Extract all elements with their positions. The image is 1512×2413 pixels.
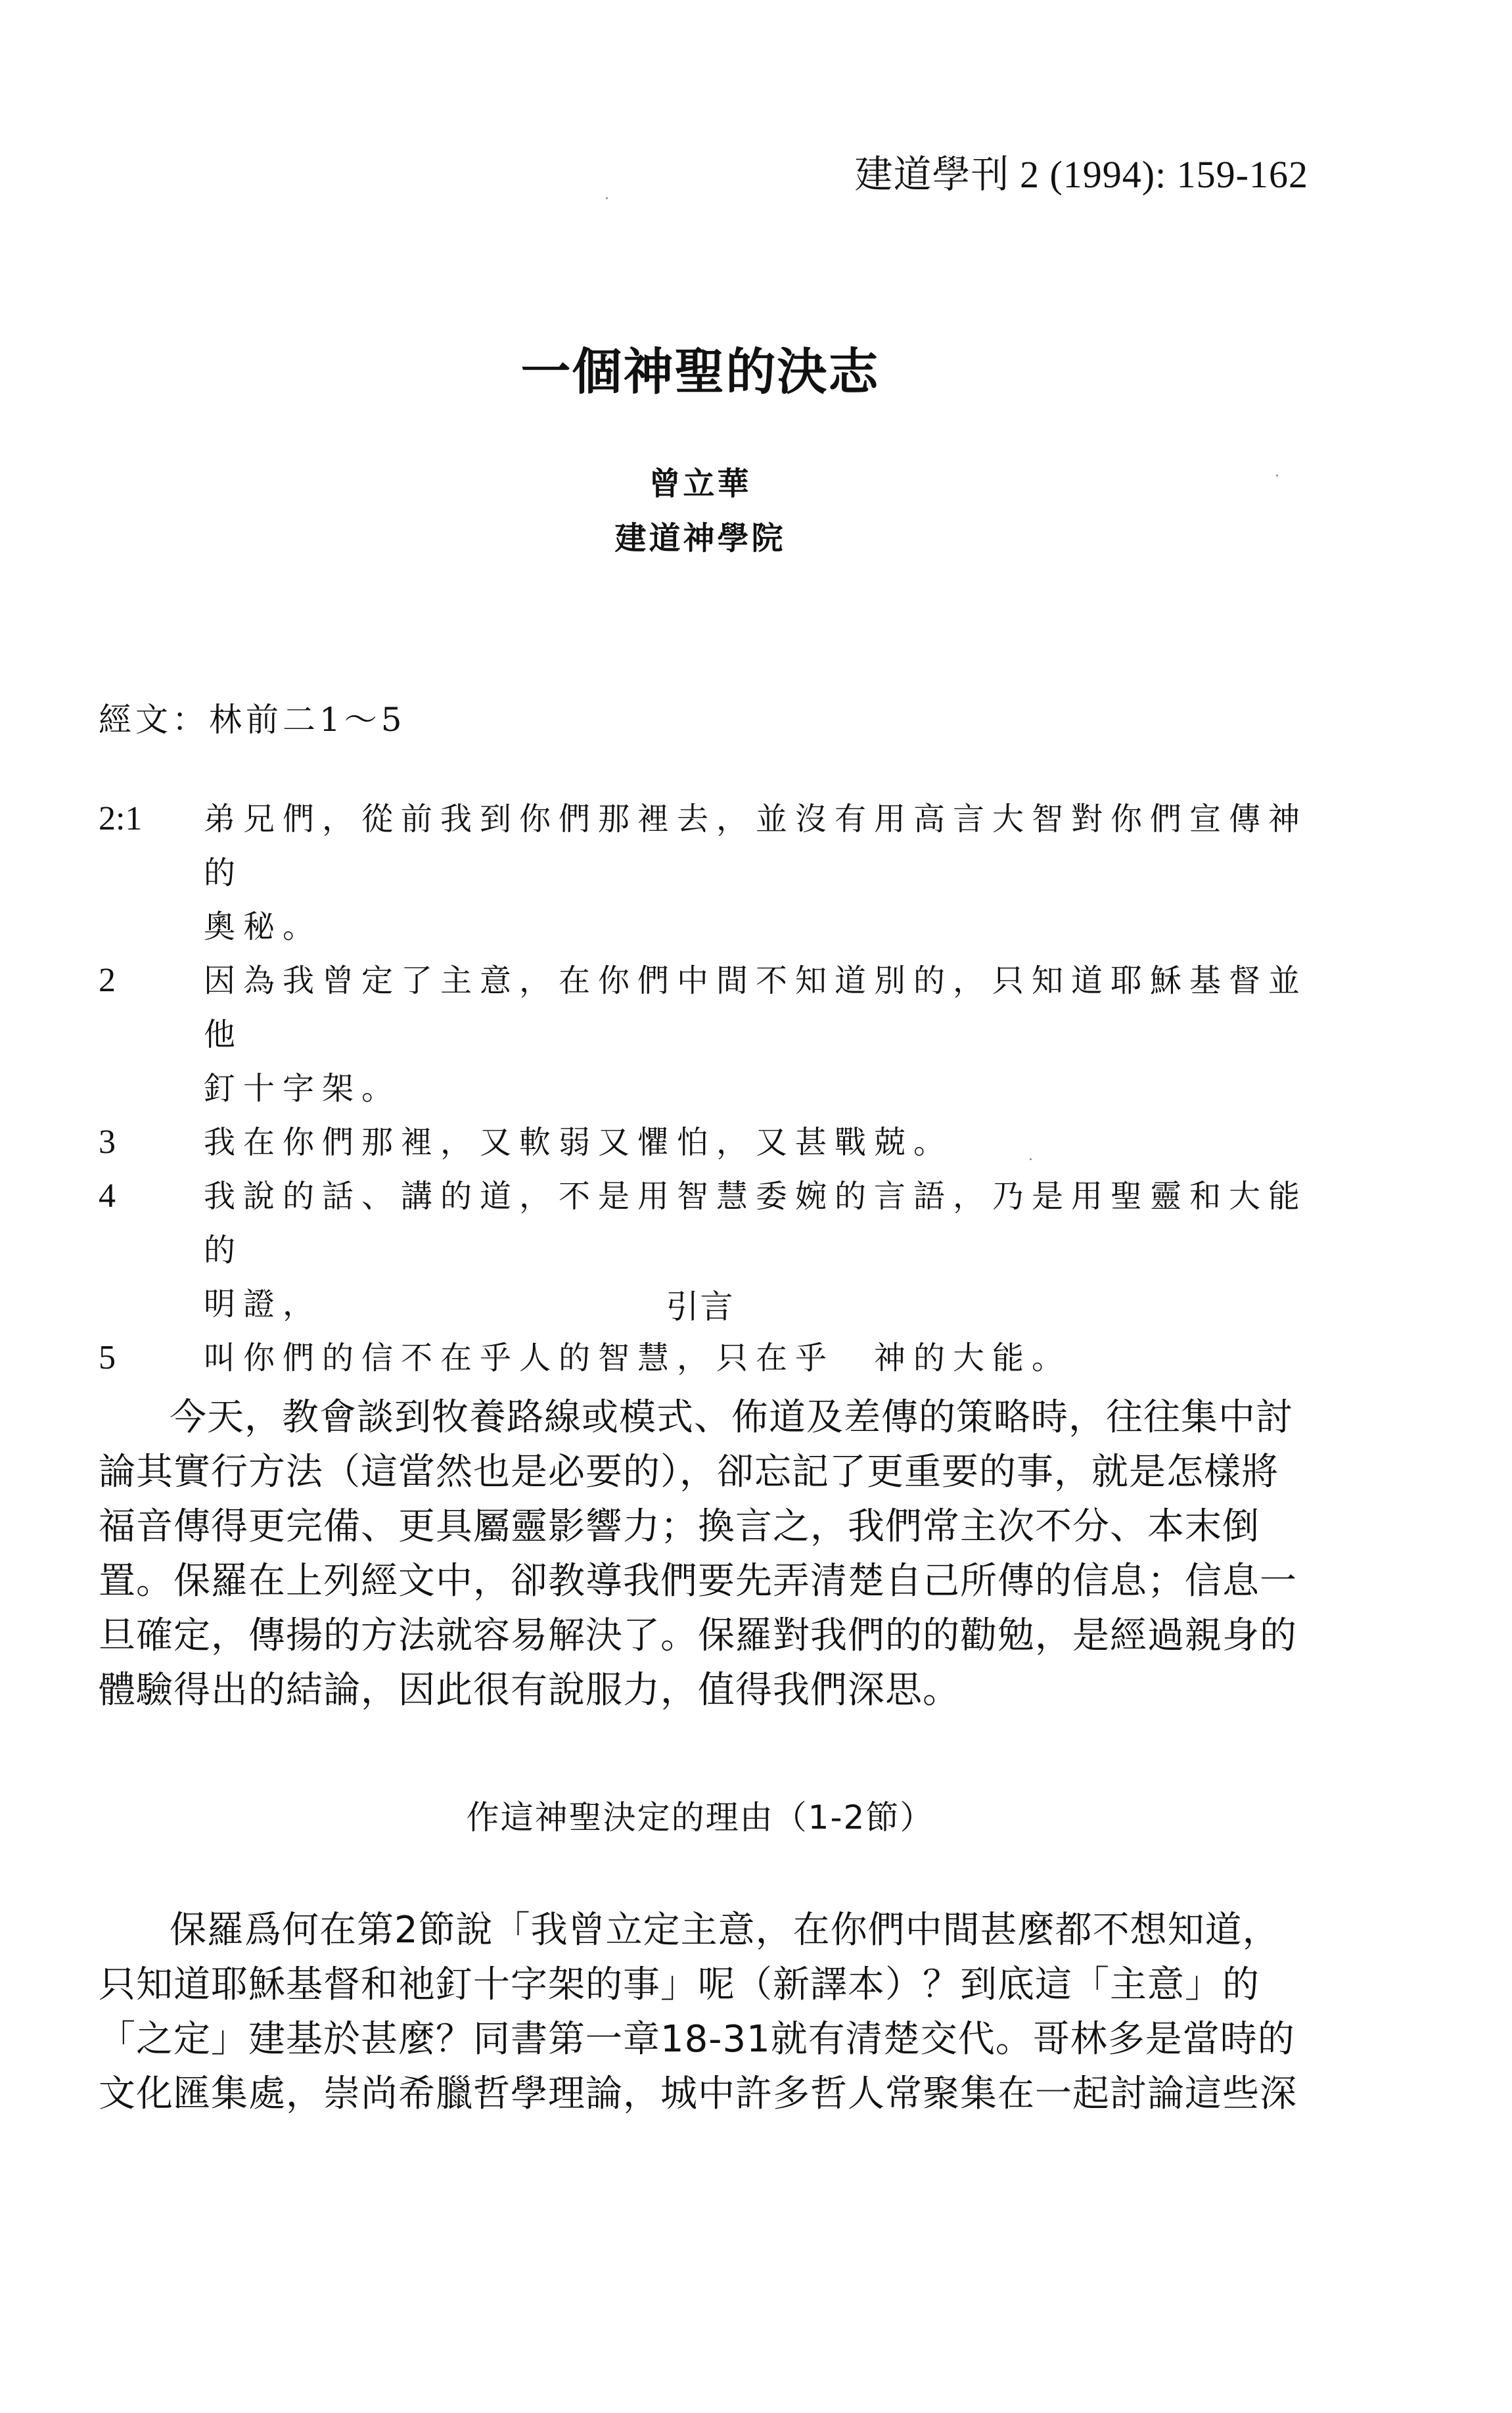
verse-text: 因為我曾定了主意，在你們中間不知道別的，只知道耶穌基督並他 釘十字架。: [204, 954, 1321, 1115]
paragraph-line: 保羅爲何在第2節說「我曾立定主意，在你們中間甚麼都不想知道，: [99, 1903, 1327, 1957]
section-heading-reason: 作這神聖決定的理由（1-2節）: [0, 1791, 1512, 1839]
scan-speck: [1030, 1158, 1032, 1160]
verse-line: 叫你們的信不在乎人的智慧，只在乎 神的大能。: [204, 1331, 1321, 1385]
verse-line: 我在你們那裡，又軟弱又懼怕，又甚戰兢。: [204, 1115, 1321, 1169]
scan-speck: [1276, 475, 1278, 477]
verse-line: 弟兄們，從前我到你們那裡去，並沒有用高言大智對你們宣傳神的: [204, 792, 1321, 900]
paragraph-line: 置。保羅在上列經文中，卻教導我們要先弄清楚自己所傳的信息；信息一: [99, 1554, 1327, 1608]
verse-number: 2: [99, 954, 204, 1115]
paragraph-line: 文化匯集處，崇尚希臘哲學理論，城中許多哲人常聚集在一起討論這些深: [99, 2067, 1327, 2121]
introduction-paragraph: 今天，教會談到牧養路線或模式、佈道及差傳的策略時，往往集中討 論其實行方法（這當…: [99, 1390, 1327, 1718]
verse-text: 我在你們那裡，又軟弱又懼怕，又甚戰兢。: [204, 1115, 1321, 1169]
author-name: 曾立華: [0, 458, 1512, 504]
reason-paragraph: 保羅爲何在第2節說「我曾立定主意，在你們中間甚麼都不想知道， 只知道耶穌基督和祂…: [99, 1903, 1327, 2121]
paragraph-line: 旦確定，傳揚的方法就容易解決了。保羅對我們的的勸勉，是經過親身的: [99, 1608, 1327, 1663]
author-affiliation: 建道神學院: [0, 513, 1512, 558]
verse-number: 3: [99, 1115, 204, 1169]
verse-line: 釘十字架。: [204, 1062, 1321, 1115]
verse-item: 2 因為我曾定了主意，在你們中間不知道別的，只知道耶穌基督並他 釘十字架。: [99, 954, 1321, 1115]
article-title: 一個神聖的決志: [0, 332, 1512, 404]
verse-item: 2:1 弟兄們，從前我到你們那裡去，並沒有用高言大智對你們宣傳神的 奧秘。: [99, 792, 1321, 954]
verse-text: 弟兄們，從前我到你們那裡去，並沒有用高言大智對你們宣傳神的 奧秘。: [204, 792, 1321, 954]
paragraph-line: 福音傳得更完備、更具屬靈影響力；換言之，我們常主次不分、本末倒: [99, 1499, 1327, 1554]
paragraph-line: 今天，教會談到牧養路線或模式、佈道及差傳的策略時，往往集中討: [99, 1390, 1327, 1445]
verse-number: 5: [99, 1331, 204, 1385]
paragraph-line: 「之定」建基於甚麼？同書第一章18-31就有清楚交代。哥林多是當時的: [99, 2012, 1327, 2067]
paragraph-line: 體驗得出的結論，因此很有說服力，值得我們深思。: [99, 1663, 1327, 1718]
paragraph-line: 論其實行方法（這當然也是必要的），卻忘記了更重要的事，就是怎樣將: [99, 1445, 1327, 1499]
verse-item: 3 我在你們那裡，又軟弱又懼怕，又甚戰兢。: [99, 1115, 1321, 1169]
scanned-page: 建道學刊 2 (1994): 159-162 一個神聖的決志 曾立華 建道神學院…: [0, 0, 1512, 2413]
verse-line: 我說的話、講的道，不是用智慧委婉的言語，乃是用聖靈和大能的: [204, 1169, 1321, 1277]
verse-number: 2:1: [99, 792, 204, 954]
section-heading-introduction: 引言: [0, 1280, 1512, 1328]
scripture-reference: 經文：林前二1～5: [99, 693, 406, 741]
verse-line: 因為我曾定了主意，在你們中間不知道別的，只知道耶穌基督並他: [204, 954, 1321, 1062]
verse-text: 叫你們的信不在乎人的智慧，只在乎 神的大能。: [204, 1331, 1321, 1385]
paragraph-line: 只知道耶穌基督和祂釘十字架的事」呢（新譯本）？到底這「主意」的: [99, 1957, 1327, 2012]
verse-item: 5 叫你們的信不在乎人的智慧，只在乎 神的大能。: [99, 1331, 1321, 1385]
verse-line: 奧秘。: [204, 900, 1321, 954]
scan-speck: [606, 197, 608, 199]
journal-citation: 建道學刊 2 (1994): 159-162: [854, 143, 1308, 199]
